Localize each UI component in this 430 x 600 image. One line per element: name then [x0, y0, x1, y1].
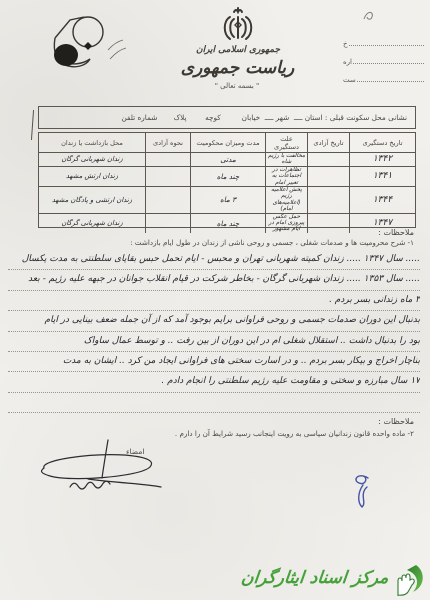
duration-cell: چند ماه	[190, 214, 265, 233]
handwritten-line: بدنبال این دوران صدمات جسمی و روحی فراوا…	[8, 311, 420, 331]
remarks2-item: ۲- ماده واحده قانون زندانیان سیاسی به رو…	[22, 429, 414, 438]
archive-watermark-text: مرکز اسناد ایثارگران	[239, 568, 389, 592]
ref-line-number: اره	[343, 48, 427, 66]
ref-line-enclosure: ست	[343, 66, 427, 84]
handwritten-line: ۱۷ سال مبارزه و سختی و مقاومت علیه رژیم …	[8, 372, 420, 392]
stray-pen-stroke	[31, 110, 34, 140]
release-manner-cell	[145, 153, 190, 166]
stray-pen-mark	[362, 8, 378, 22]
prison-cell: زندان شهربانی گرگان	[39, 153, 145, 166]
handwritten-line: ..... سال ۱۳۵۳ ..... زندان شهربانی گرگان…	[8, 270, 420, 290]
handwritten-line: بود را بدنبال داشت .. استقلال شغلی ام در…	[8, 332, 420, 352]
release-date-cell	[307, 187, 349, 213]
col-header-sentence: مدت ومیزان محکومیت	[190, 133, 265, 152]
reference-lines: خ اره ست	[343, 30, 427, 84]
reason-cell: حمل عکس پیروزی امام در ایام مشهور	[265, 214, 307, 233]
release-date-cell	[307, 153, 349, 166]
duration-cell: چند ماه	[190, 167, 265, 186]
ref-rule	[349, 45, 424, 46]
release-date-cell	[307, 214, 349, 233]
prison-cell: زندان ارتشی و پادگان مشهد	[39, 187, 145, 213]
address-line-text: نشانی محل سکونت قبلی : استان ــــ شهر ــ…	[39, 113, 415, 122]
remarks1-item: ۱- شرح محرومیت ها و صدمات شغلی ، جسمی و …	[22, 238, 414, 247]
col-header-arrest-date: تاریخ دستگیری	[349, 133, 415, 152]
handwritten-line: بناچار اخراج و بیکار بسر بردم .. و در اس…	[8, 352, 420, 372]
reason-cell: پخش اعلامیه رژیم (اعلامیه‌های امام)	[265, 187, 307, 213]
handwritten-remarks-block: ..... سال ۱۳۴۷ ..... زندان کمیته شهربانی…	[8, 250, 420, 413]
remarks1-label: ملاحظات :	[378, 228, 414, 237]
table-row: ۱۳۴۷ حمل عکس پیروزی امام در ایام مشهور چ…	[39, 214, 415, 233]
archive-logo-icon	[392, 562, 426, 598]
ref-rule	[357, 81, 424, 82]
blue-pen-mark	[348, 470, 376, 514]
col-header-release-manner: نحوه آزادی	[145, 133, 190, 152]
archive-watermark: مرکز اسناد ایثارگران	[241, 562, 426, 598]
col-header-prison: محل بازداشت یا زندان	[39, 133, 145, 152]
ref-label-number: اره	[343, 58, 352, 66]
duration-cell: مدتی	[190, 153, 265, 166]
remarks2-label: ملاحظات :	[378, 417, 414, 426]
office-title: ریاست جمهوری	[150, 58, 325, 78]
col-header-release-date: تاریخ آزادی	[307, 133, 349, 152]
ref-label-date: خ	[343, 40, 348, 48]
reason-cell: مخالفت با رژیم شاه	[265, 153, 307, 166]
ref-rule	[353, 63, 424, 64]
release-manner-cell	[145, 167, 190, 186]
country-title: جمهوری اسلامی ایران	[158, 45, 318, 55]
handwritten-line: ..... سال ۱۳۴۷ ..... زندان کمیته شهربانی…	[8, 250, 420, 270]
reason-cell: تظاهرات در اجتماعات به تعبیر امام	[265, 167, 307, 186]
table-header-row: تاریخ دستگیری تاریخ آزادی علت دستگیری مد…	[39, 133, 415, 153]
duration-cell: ۳ ماه	[190, 187, 265, 213]
ref-line-date: خ	[343, 30, 427, 48]
prison-cell: زندان شهربانی گرگان	[39, 214, 145, 233]
foundation-stamp-icon	[42, 12, 134, 74]
arrest-date-cell: ۱۳۴۴	[349, 187, 415, 213]
handwritten-line: ۳ ماه زندانی بسر بردم .	[8, 291, 420, 311]
ref-label-enclosure: ست	[343, 76, 356, 84]
iran-emblem-icon	[214, 6, 262, 46]
table-row: ۱۳۴۲ مخالفت با رژیم شاه مدتی زندان شهربا…	[39, 153, 415, 167]
prison-cell: زندان ارتش مشهد	[39, 167, 145, 186]
bismillah-text: " بسمه تعالی "	[162, 82, 312, 90]
table-row: ۱۳۴۴ پخش اعلامیه رژیم (اعلامیه‌های امام)…	[39, 187, 415, 214]
col-header-arrest-reason: علت دستگیری	[265, 133, 307, 152]
table-row: ۱۳۴۱ تظاهرات در اجتماعات به تعبیر امام چ…	[39, 167, 415, 187]
scanned-form-page: خ اره ست	[0, 0, 430, 600]
handwritten-line-empty	[8, 393, 420, 413]
release-manner-cell	[145, 187, 190, 213]
address-row: نشانی محل سکونت قبلی : استان ــــ شهر ــ…	[38, 106, 416, 129]
signature-scribble	[28, 438, 163, 498]
arrests-table: تاریخ دستگیری تاریخ آزادی علت دستگیری مد…	[38, 132, 416, 228]
arrest-date-cell: ۱۳۴۲	[349, 153, 415, 166]
arrest-date-cell: ۱۳۴۱	[349, 167, 415, 186]
release-manner-cell	[145, 214, 190, 233]
release-date-cell	[307, 167, 349, 186]
